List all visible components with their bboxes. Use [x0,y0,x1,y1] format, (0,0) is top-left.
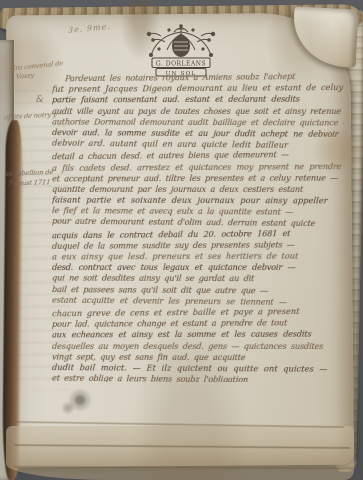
margin-note: & [36,95,44,106]
manuscript-line: aux echeances et ainsy est la somme et l… [52,329,344,341]
manuscript-line: a fils cadets desd. arrestez et quictanc… [52,161,344,174]
stamp-text-line1: G. DORLEANS [156,60,206,67]
manuscript-line: audit ville ayant au pays de toutes chos… [52,106,344,117]
scanned-manuscript-photo: G. DORLEANS UN SOL 3e. 9me. Gro convenal… [0,0,363,480]
manuscript-line: et estre oblige a leurs biens soubz l'ob… [52,373,344,382]
manuscript-line: desquelles au moyen desquels desd. gens … [52,341,344,352]
bottom-sheet-edges [6,426,354,480]
manuscript-line: quantite demourant par les journaux a de… [52,184,344,195]
generality-tax-stamp-icon: G. DORLEANS UN SOL [141,22,221,78]
manuscript-line: a eux ainsy que lesd. preneurs et ses he… [52,251,344,263]
manuscript-line: partie faisant consentant aud. estant et… [52,94,344,106]
manuscript-line: et acceptant preneur aud. tiltre les pre… [52,172,344,184]
margin-note: au tabellion de [5,168,54,178]
margin-note: 7 aoust 1711 [8,178,51,188]
manuscript-line: qui ne soit desdites ainsy qu'il se gard… [52,273,344,285]
manuscript-text-block: Pardevant les notaires royaux a Amiens s… [52,72,344,382]
